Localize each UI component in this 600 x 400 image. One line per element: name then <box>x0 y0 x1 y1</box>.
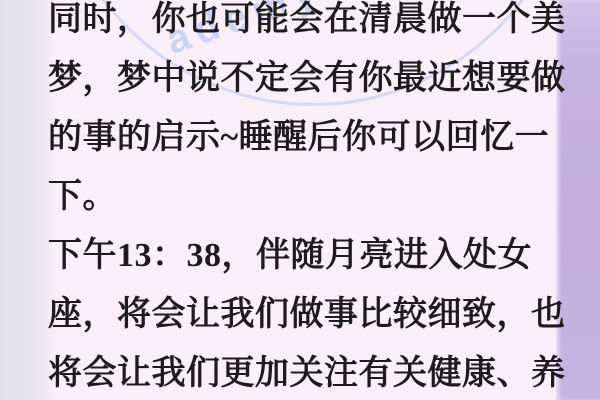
text-line-5: 下午13：38，伴随月亮进入处女 <box>48 226 566 285</box>
body-text: 同时，你也可能会在清晨做一个美 梦，梦中说不定会有你最近想要做 的事的启示~睡醒… <box>48 0 566 400</box>
text-line-3: 的事的启示~睡醒后你可以回忆一 <box>48 108 566 167</box>
horoscope-text-image: ademy of 同时，你也可能会在清晨做一个美 梦，梦中说不定会有你最近想要做… <box>0 0 600 400</box>
text-line-7: 将会让我们更加关注有关健康、养 <box>48 344 566 400</box>
text-line-1: 同时，你也可能会在清晨做一个美 <box>48 0 566 49</box>
text-line-4: 下。 <box>48 167 566 226</box>
text-line-2: 梦，梦中说不定会有你最近想要做 <box>48 49 566 108</box>
text-line-6: 座，将会让我们做事比较细致，也 <box>48 285 566 344</box>
